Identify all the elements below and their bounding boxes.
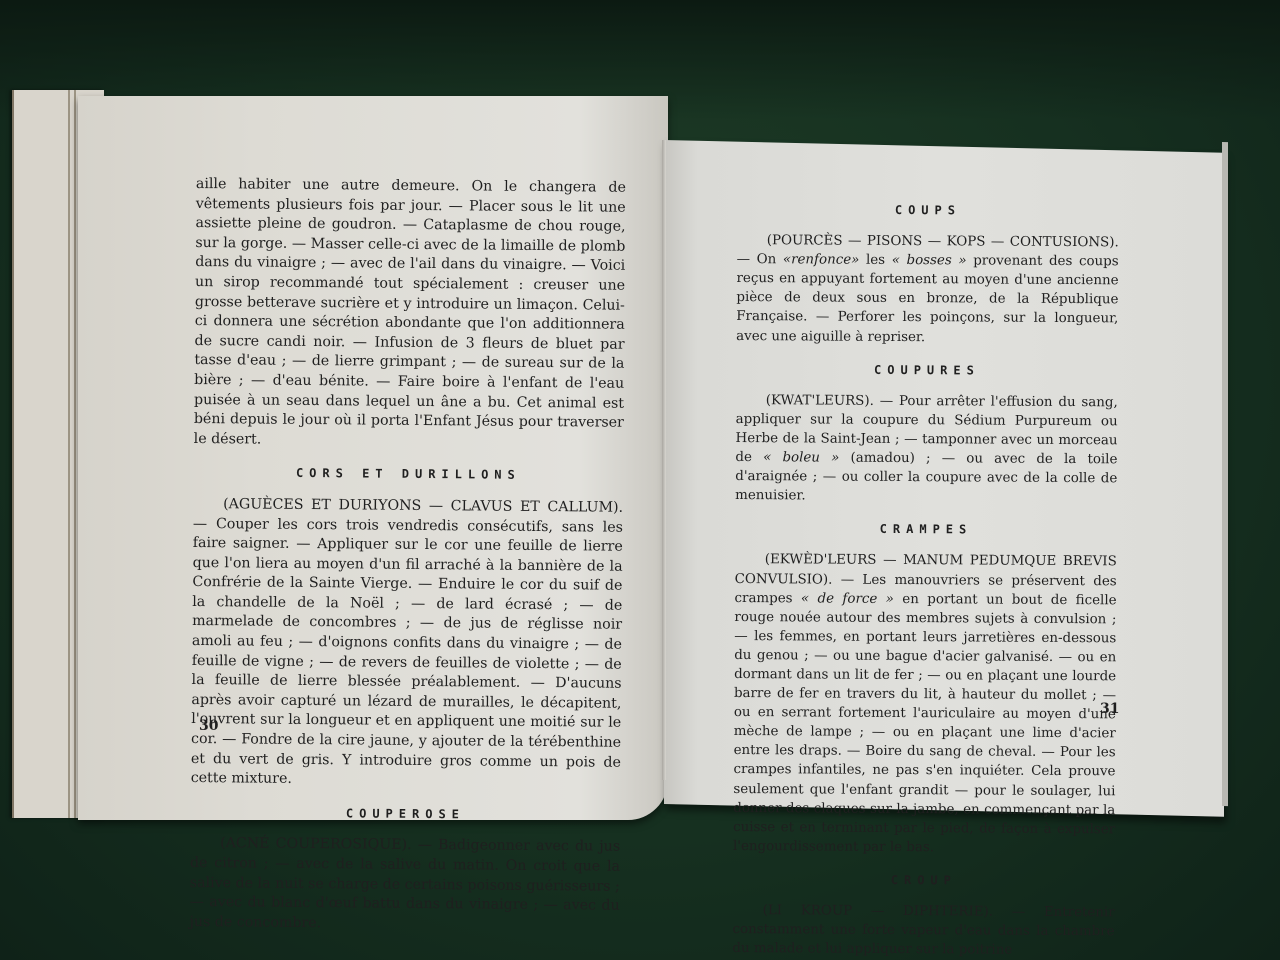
- book-gutter: [662, 140, 666, 780]
- emphasis-text: « de force »: [801, 591, 894, 607]
- left-page-text: aille habiter une autre demeure. On le c…: [189, 175, 626, 936]
- section-heading-coups: COUPS: [737, 200, 1119, 221]
- section-heading-cors-et-durillons: CORS ET DURILLONS: [193, 463, 623, 486]
- text-run: les: [859, 253, 891, 268]
- section-body-crampes: (EKWÈD'LEURS — MANUM PEDUMQUE BREVIS CON…: [733, 550, 1117, 858]
- emphasis-text: «renfonce»: [783, 252, 859, 267]
- section-body-coupures: (KWAT'LEURS). — Pour arrêter l'effusion …: [735, 391, 1118, 508]
- section-body-cors-et-durillons: (AGUÈCES ET DURIYONS — CLAVUS ET CALLUM)…: [191, 495, 624, 793]
- section-body-coups: (POURCÈS — PISONS — KOPS — CONTUSIONS). …: [736, 231, 1119, 348]
- right-page-edge: [1222, 142, 1228, 806]
- section-body-croup: (LI KROUP — DIPHTERIE). — Entretenir con…: [732, 901, 1114, 960]
- page-edge-line: [68, 90, 70, 818]
- section-heading-couperose: COUPEROSE: [190, 803, 620, 826]
- continuation-paragraph: aille habiter une autre demeure. On le c…: [194, 175, 626, 453]
- emphasis-text: « bosses »: [892, 253, 967, 268]
- page-number-left: 30: [199, 718, 218, 734]
- section-heading-coupures: COUPURES: [736, 360, 1118, 381]
- page-edge-line: [74, 90, 76, 818]
- right-page-text: COUPS (POURCÈS — PISONS — KOPS — CONTUSI…: [732, 200, 1119, 960]
- section-heading-croup: CROUP: [733, 870, 1115, 891]
- page-number-right: 31: [1100, 701, 1119, 717]
- emphasis-text: « boleu »: [763, 450, 839, 465]
- section-body-couperose: (ACNÉ COUPEROSIQUE). — Badigeonner avec …: [189, 834, 620, 936]
- section-heading-crampes: CRAMPES: [735, 519, 1117, 540]
- text-run: en portant un bout de ficelle rouge noué…: [733, 592, 1117, 855]
